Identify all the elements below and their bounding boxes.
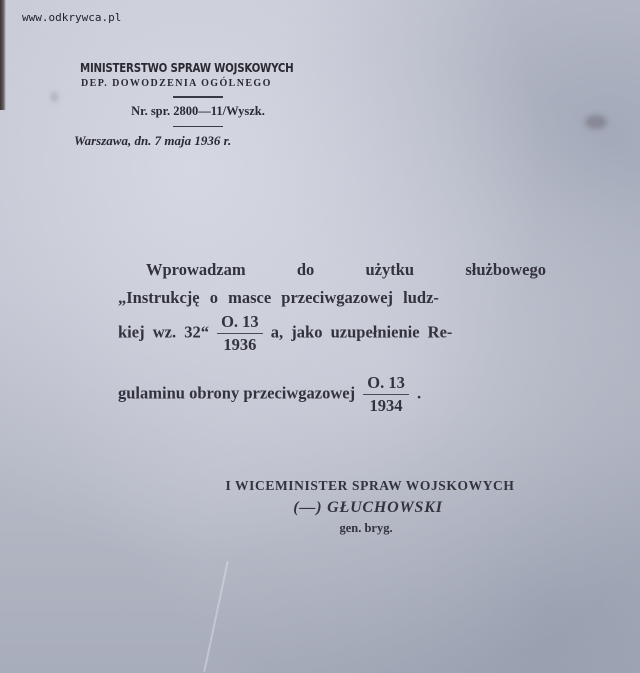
divider [173,126,223,128]
signatory-rank: gen. bryg. [172,521,560,536]
ministry-name: MINISTERSTWO SPRAW WOJSKOWYCH [80,60,275,75]
watermark: www.odkrywca.pl [22,11,121,24]
word: Wprowadzam [146,262,246,279]
fraction-denominator: 1936 [223,334,256,354]
stain-mark [52,92,57,102]
reference-number: Nr. spr. 2800—11/Wyszk. [78,104,318,119]
text-fragment: a, jako uzupełnienie Re- [271,322,453,341]
fraction-numerator: O. 13 [363,375,409,395]
divider [173,96,223,98]
letterhead: MINISTERSTWO SPRAW WOJSKOWYCH DEP. DOWOD… [78,60,318,149]
text-fragment: . [417,383,421,402]
word: użytku [366,262,415,279]
text-line-3: kiej wz. 32“ O. 13 1936 a, jako uzupełni… [118,314,546,353]
word: służbowego [465,262,546,279]
page-edge-shadow [0,0,6,110]
stain-mark [585,115,607,129]
department-name: DEP. DOWODZENIA OGÓLNEGO [81,78,318,89]
text-fragment: gulaminu obrony przeciwgazowej [118,383,355,402]
text-line-2: „Instrukcję o masce przeciwgazowej ludz- [118,290,546,307]
fraction-1936: O. 13 1936 [217,314,263,353]
signatory-name: (—) GŁUCHOWSKI [176,499,560,517]
signature-block: I WICEMINISTER SPRAW WOJSKOWYCH (—) GŁUC… [180,478,560,536]
text-line-4: gulaminu obrony przeciwgazowej O. 13 193… [118,375,546,414]
text-fragment: kiej wz. 32“ [118,322,209,341]
text-line-1: Wprowadzam do użytku służbowego [118,262,546,279]
place-and-date: Warszawa, dn. 7 maja 1936 r. [74,133,318,149]
word: do [297,262,314,279]
fraction-1934: O. 13 1934 [363,375,409,414]
fraction-numerator: O. 13 [217,314,263,334]
signatory-title: I WICEMINISTER SPRAW WOJSKOWYCH [180,478,560,494]
fraction-denominator: 1934 [370,395,403,415]
